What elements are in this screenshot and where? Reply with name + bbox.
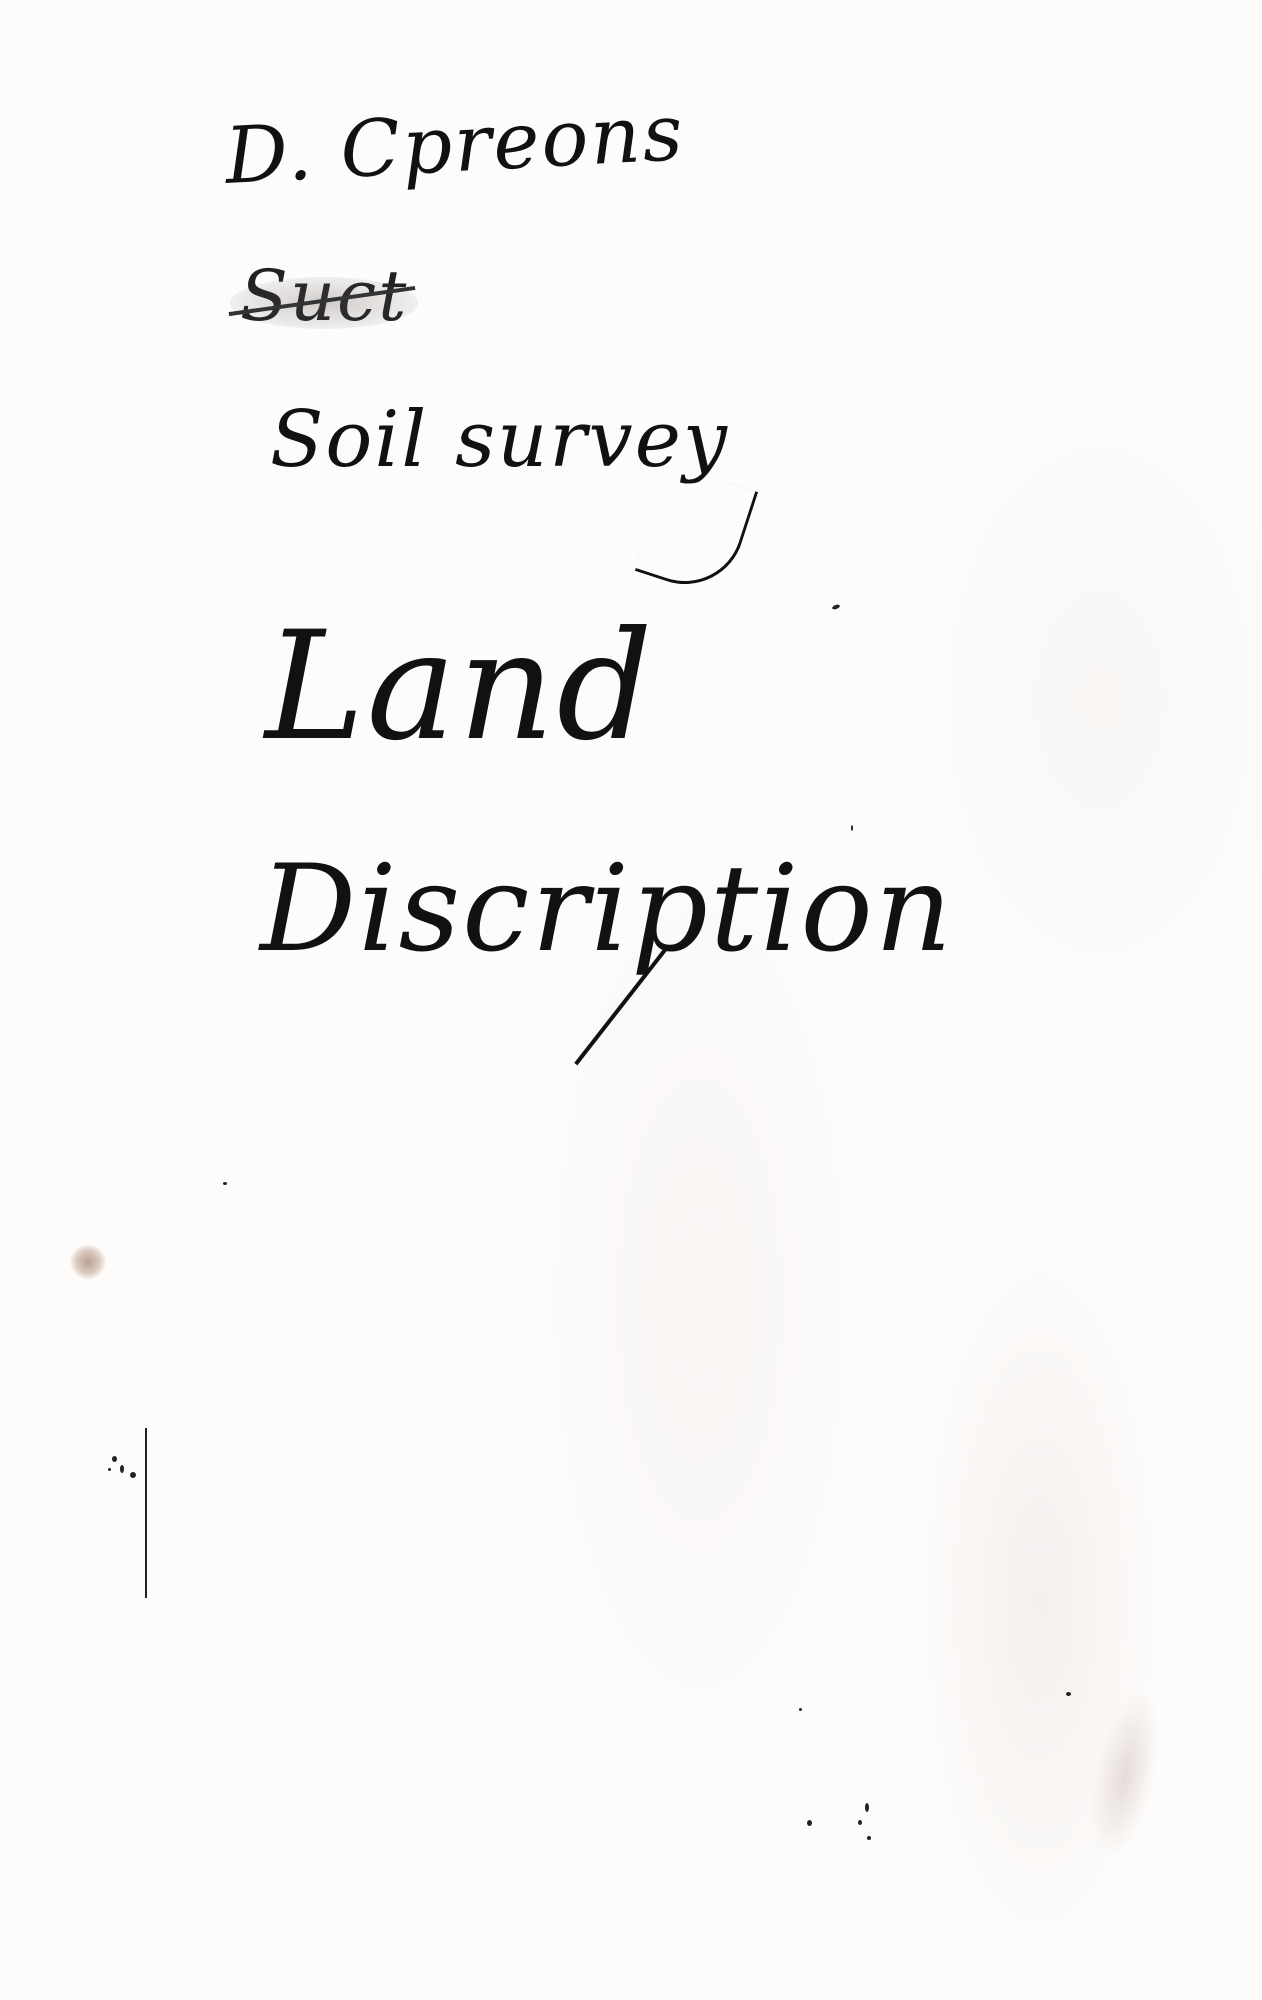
- ink-speck: [120, 1465, 124, 1473]
- paper-smudge: [1078, 1686, 1172, 1865]
- erasure-smudge: [230, 277, 418, 329]
- header-text: D. Cpreons: [223, 88, 687, 202]
- document-page: D. Cpreons Suct Soil survey Land Discrip…: [0, 0, 1262, 2000]
- handwritten-header: D. Cpreons: [223, 88, 687, 202]
- description-text: Discription: [260, 840, 954, 979]
- ink-speck: [1066, 1692, 1071, 1696]
- ink-speck: [223, 1182, 227, 1185]
- ink-speck: [851, 825, 853, 831]
- handwritten-description: Discription: [260, 840, 954, 979]
- ink-speck: [867, 1836, 871, 1840]
- ink-speck: [865, 1803, 869, 1812]
- handwritten-soil-survey: Soil survey: [270, 395, 729, 485]
- handwritten-land: Land: [265, 600, 655, 774]
- stain-spot: [70, 1245, 106, 1279]
- ink-speck: [108, 1468, 111, 1471]
- ink-speck: [799, 1708, 802, 1711]
- land-text: Land: [265, 600, 655, 774]
- struck-out-word: Suct: [240, 255, 408, 337]
- ink-speck: [807, 1820, 812, 1826]
- ink-speck: [858, 1820, 862, 1825]
- ink-speck: [130, 1472, 136, 1478]
- margin-ink-line: [145, 1428, 147, 1598]
- ink-speck: [112, 1456, 117, 1462]
- ink-speck: [832, 604, 841, 610]
- soil-survey-text: Soil survey: [270, 395, 729, 485]
